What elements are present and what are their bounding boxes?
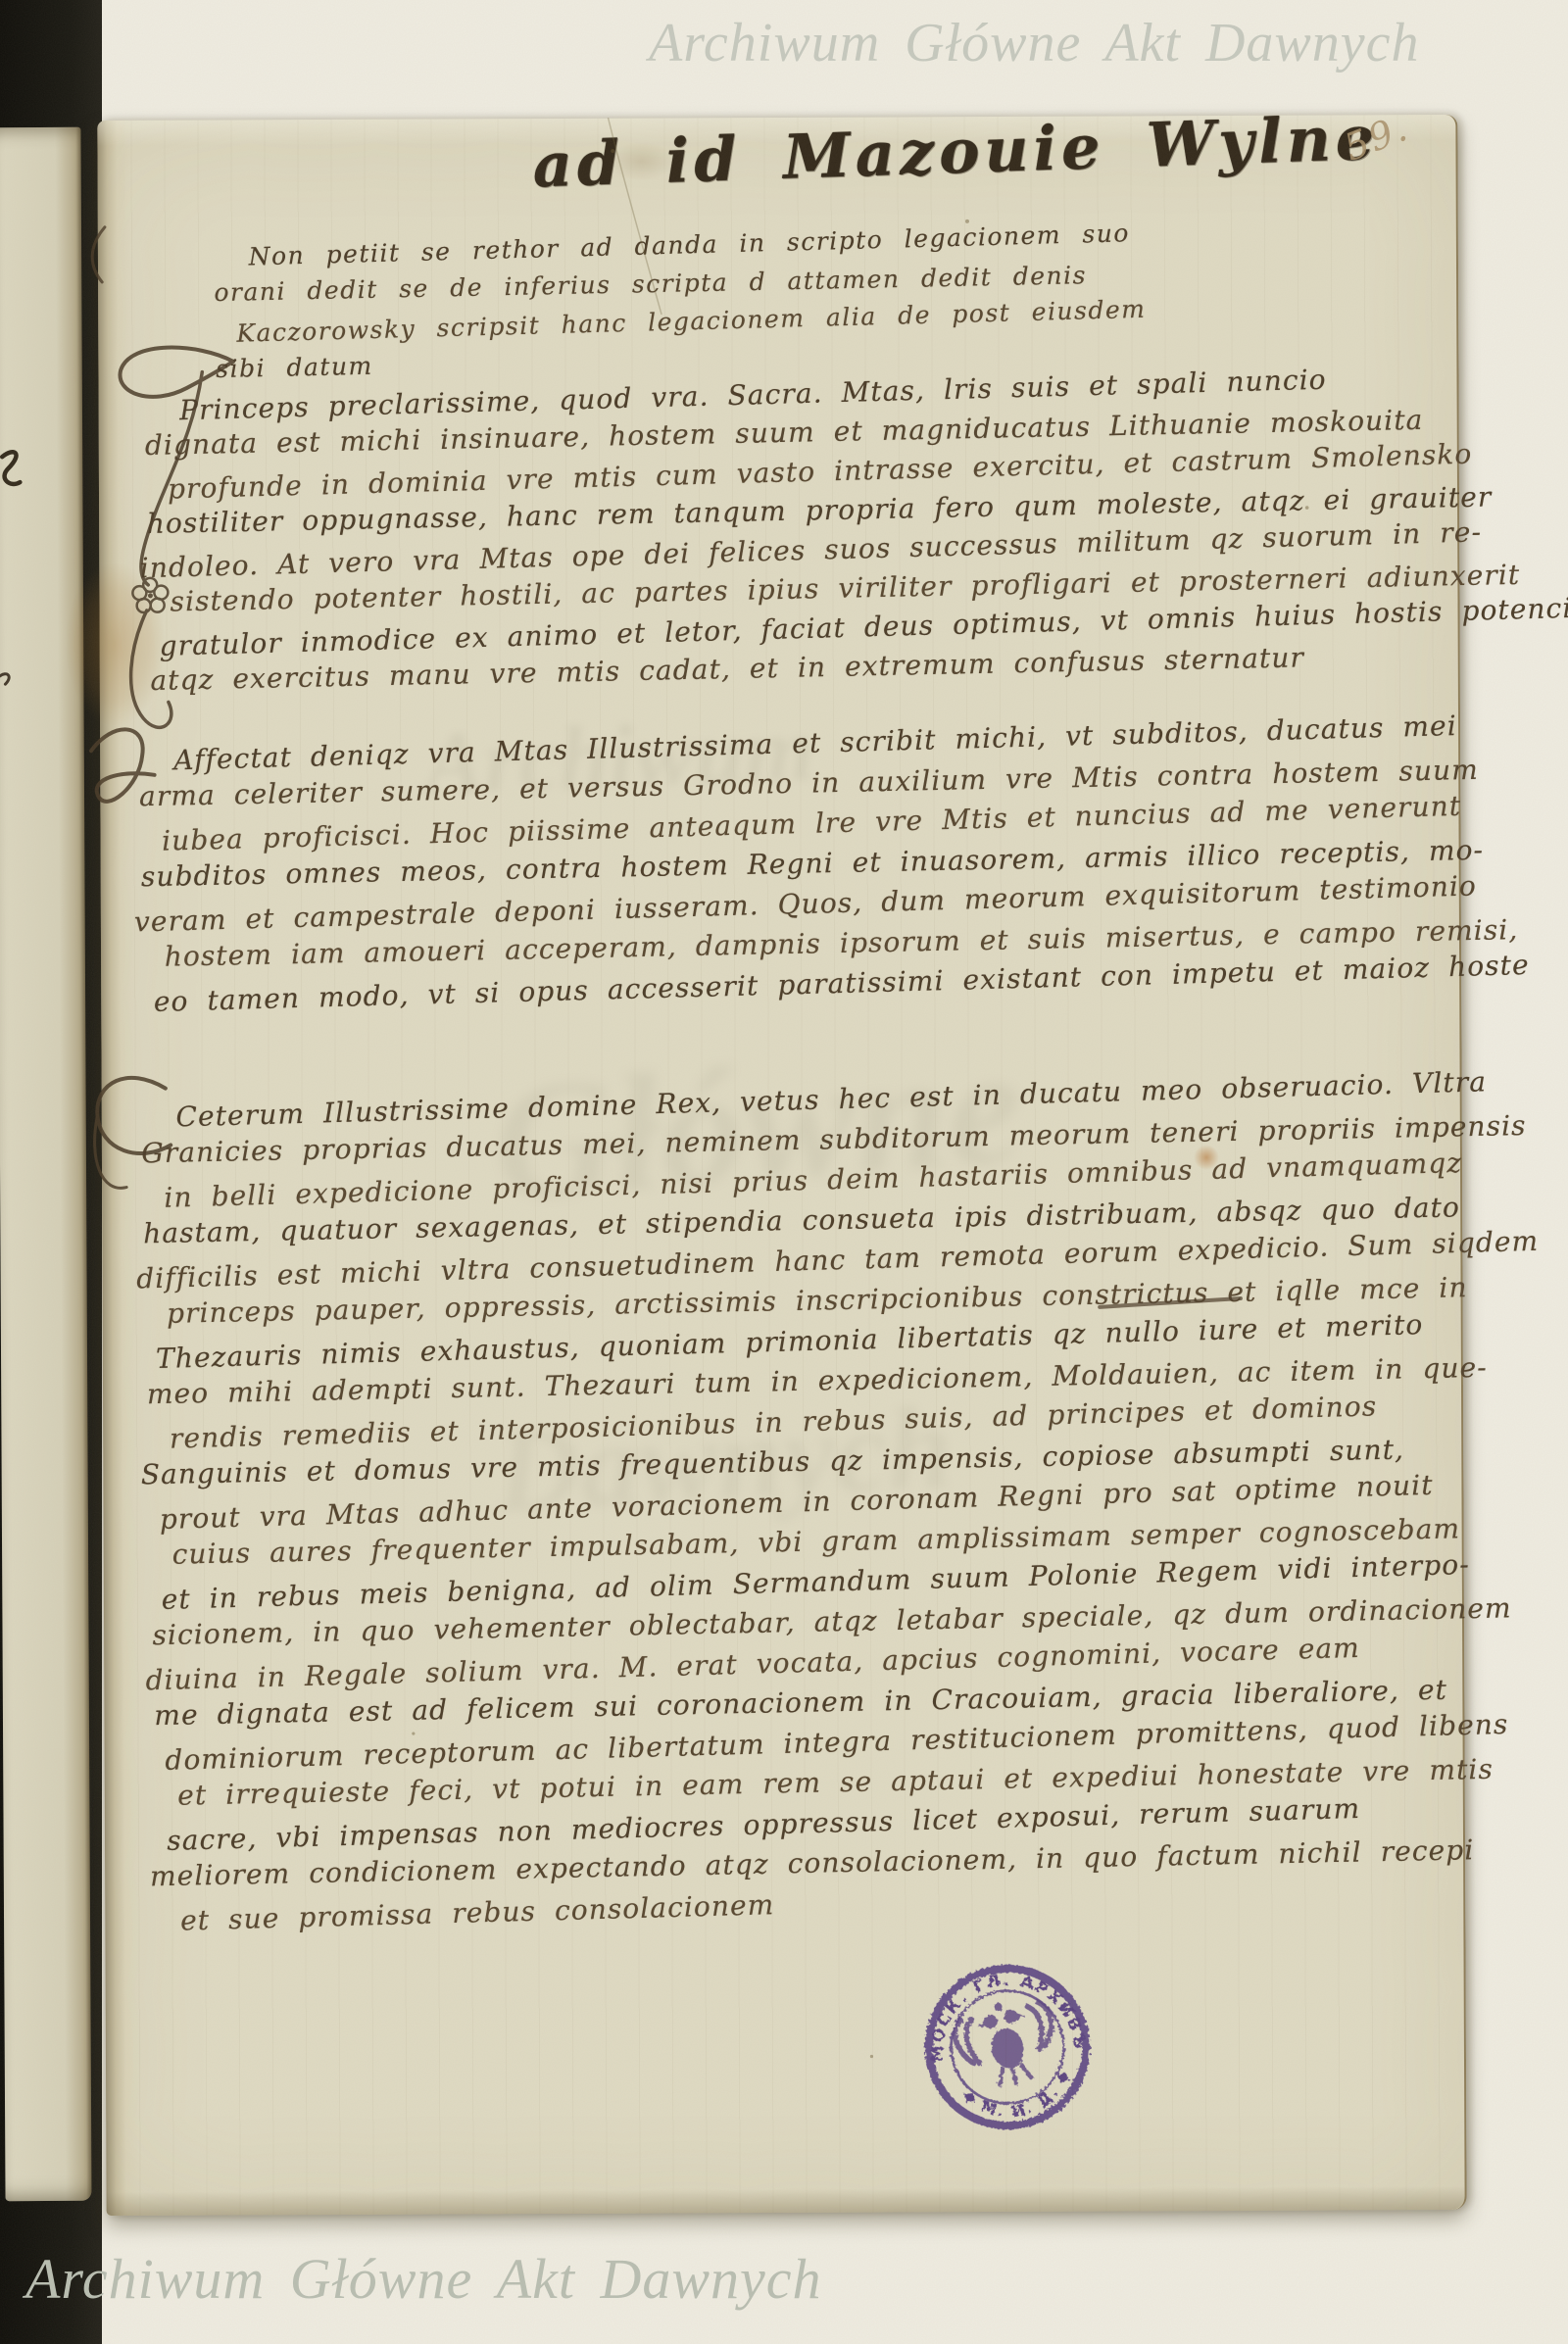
manuscript-page: Archiwum Główne Dawnych ad id Mazouie Wy… (97, 115, 1466, 2216)
marginal-note: Non petiit se rethor ad danda in scripto… (201, 216, 1148, 390)
ink-layer: ad id Mazouie Wylne 59. Non petiit se re… (82, 93, 1488, 2219)
paragraph-2: Affectat deniqz vra Mtas Illustrissima e… (126, 707, 1530, 1019)
bracket-flourish (92, 227, 107, 282)
paragraph-3: Ceterum Illustrissime domine Rex, vetus … (128, 1063, 1554, 1938)
previous-page-edge (0, 127, 92, 2201)
folio-heading: ad id Mazouie Wylne (531, 102, 1380, 202)
archive-scan-canvas: Archiwum Główne Dawnych ad id Mazouie Wy… (0, 0, 1568, 2344)
paragraph-1: Princeps preclarissime, quod vra. Sacra.… (132, 357, 1568, 704)
previous-page-ink-mark (0, 127, 92, 2201)
